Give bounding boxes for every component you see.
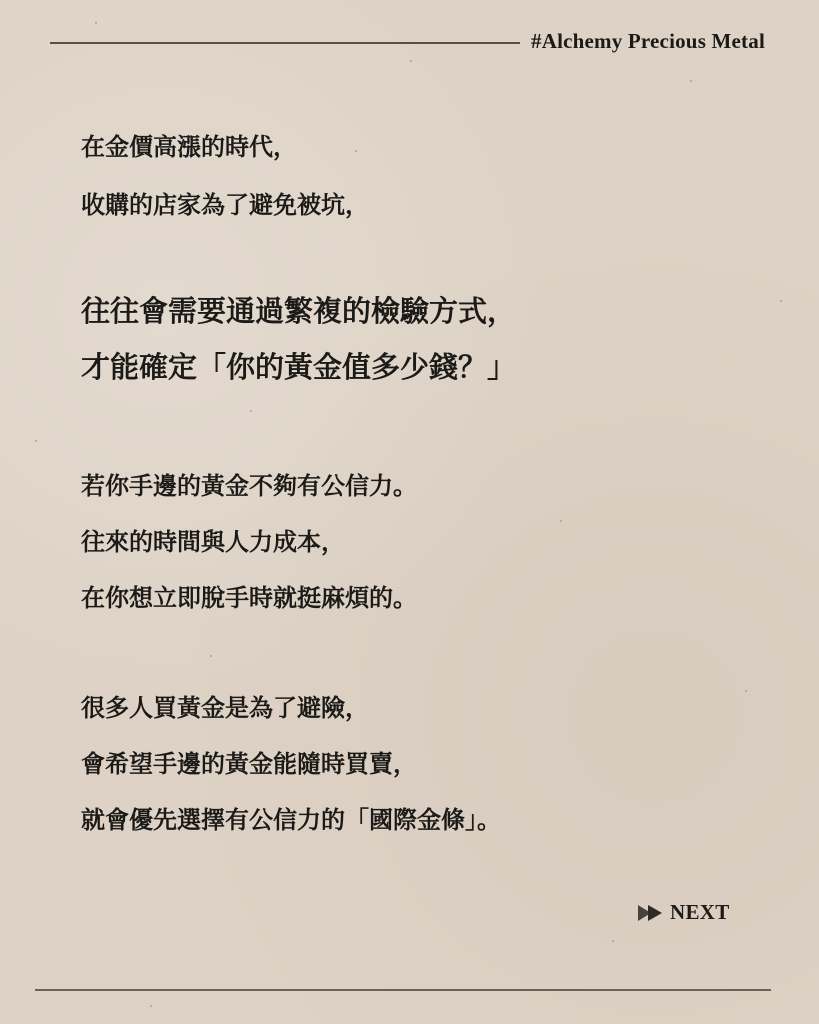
text-line: 才能確定「你的黃金值多少錢？」 <box>81 339 516 395</box>
paper-speck <box>410 60 412 62</box>
paper-speck <box>780 300 782 302</box>
brand-hashtag: #Alchemy Precious Metal <box>531 29 765 54</box>
text-line: 若你手邊的黃金不夠有公信力。 <box>81 458 417 514</box>
text-line: 往往會需要通過繁複的檢驗方式， <box>81 283 516 339</box>
paper-speck <box>690 80 692 82</box>
paper-speck <box>560 520 562 522</box>
paragraph-credibility: 若你手邊的黃金不夠有公信力。 往來的時間與人力成本， 在你想立即脫手時就挺麻煩的… <box>81 458 417 626</box>
paper-speck <box>250 410 252 412</box>
paper-speck <box>35 440 37 442</box>
paper-speck <box>150 1005 152 1007</box>
text-line: 會希望手邊的黃金能隨時買賣， <box>81 736 501 792</box>
paper-speck <box>612 940 614 942</box>
next-button[interactable]: NEXT <box>638 900 730 925</box>
paragraph-intro: 在金價高漲的時代， 收購的店家為了避免被坑， <box>81 118 369 234</box>
paper-speck <box>210 655 212 657</box>
paragraph-emphasis: 往往會需要通過繁複的檢驗方式， 才能確定「你的黃金值多少錢？」 <box>81 283 516 395</box>
text-line: 往來的時間與人力成本， <box>81 514 417 570</box>
paragraph-conclusion: 很多人買黃金是為了避險， 會希望手邊的黃金能隨時買賣， 就會優先選擇有公信力的「… <box>81 680 501 848</box>
footer-divider <box>35 989 771 991</box>
paper-speck <box>745 690 747 692</box>
text-line: 在金價高漲的時代， <box>81 118 369 176</box>
header-divider <box>50 42 520 44</box>
text-line: 收購的店家為了避免被坑， <box>81 176 369 234</box>
text-line: 在你想立即脫手時就挺麻煩的。 <box>81 570 417 626</box>
paper-speck <box>95 22 97 24</box>
next-label: NEXT <box>670 900 730 925</box>
text-line: 就會優先選擇有公信力的「國際金條」。 <box>81 792 501 848</box>
fast-forward-icon <box>638 904 664 922</box>
text-line: 很多人買黃金是為了避險， <box>81 680 501 736</box>
